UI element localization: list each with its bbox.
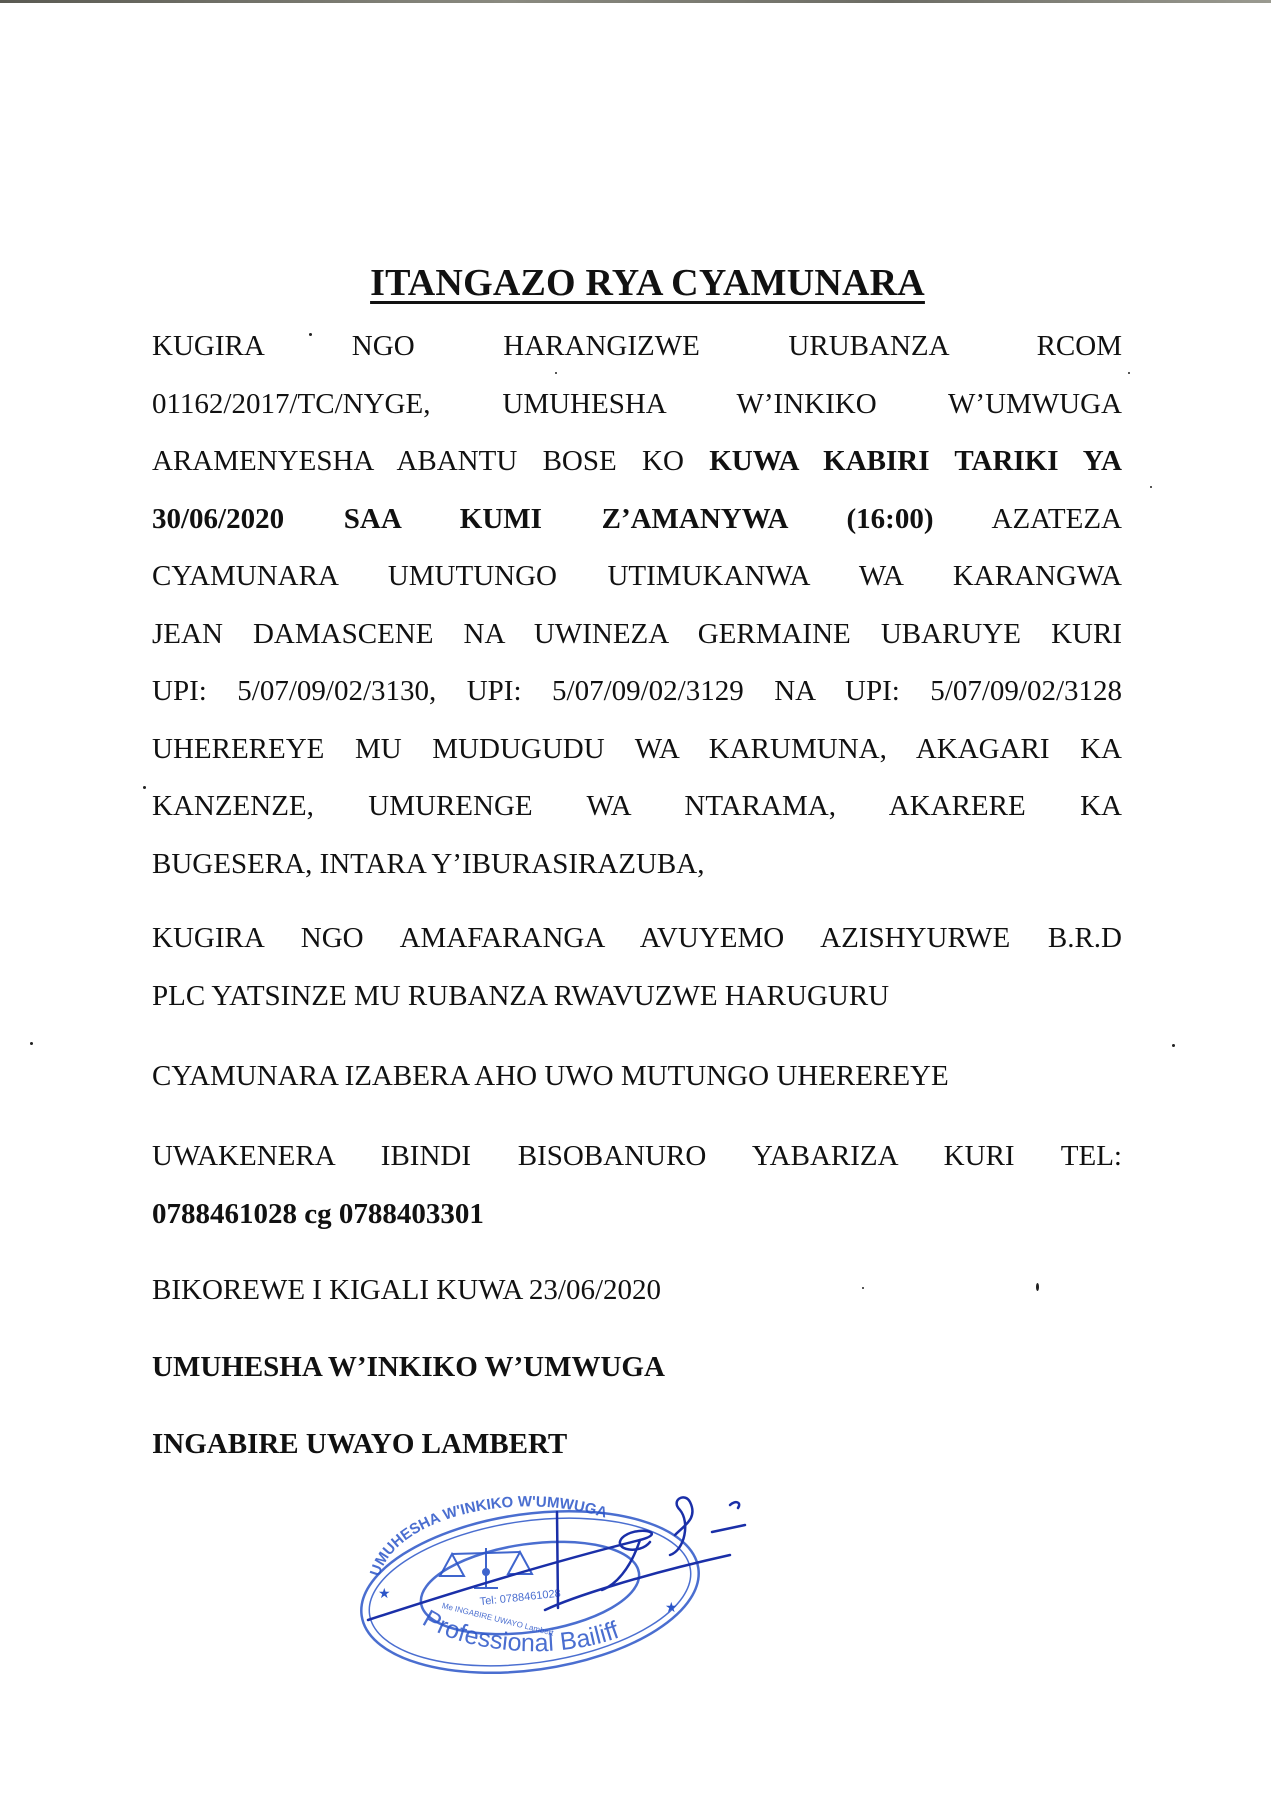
notice-line: BUGESERA, INTARA Y’IBURASIRAZUBA, [152, 836, 1122, 894]
signatory-name: INGABIRE UWAYO LAMBERT [152, 1416, 1122, 1474]
upi-line: UPI: 5/07/09/02/3130, UPI: 5/07/09/02/31… [152, 663, 1122, 721]
scan-speck [862, 1287, 864, 1289]
notice-line: PLC YATSINZE MU RUBANZA RWAVUZWE HARUGUR… [152, 968, 1122, 1026]
scan-speck [555, 372, 557, 374]
official-stamp-and-signature: UMUHESHA W'INKIKO W'UMWUGA Professional … [340, 1480, 780, 1680]
notice-line: JEAN DAMASCENE NA UWINEZA GERMAINE UBARU… [152, 606, 1122, 664]
signatory-title: UMUHESHA W’INKIKO W’UMWUGA [152, 1339, 1122, 1397]
notice-line: KANZENZE, UMURENGE WA NTARAMA, AKARERE K… [152, 778, 1122, 836]
notice-line: 01162/2017/TC/NYGE, UMUHESHA W’INKIKO W’… [152, 376, 1122, 434]
auction-date-bold: KUWA KABIRI TARIKI YA [709, 445, 1122, 477]
auction-time-bold: 30/06/2020 SAA KUMI Z’AMANYWA (16:00) [152, 503, 933, 535]
place-date: BIKOREWE I KIGALI KUWA 23/06/2020 [152, 1262, 1122, 1320]
signatory-role: UMUHESHA W’INKIKO W’UMWUGA [152, 1339, 1122, 1397]
notice-line: KUGIRA NGO AMAFARANGA AVUYEMO AZISHYURWE… [152, 910, 1122, 968]
scan-speck [30, 1042, 33, 1045]
signatory-full-name: INGABIRE UWAYO LAMBERT [152, 1416, 1122, 1474]
notice-line: UHEREREYE MU MUDUGUDU WA KARUMUNA, AKAGA… [152, 721, 1122, 779]
location-paragraph: CYAMUNARA IZABERA AHO UWO MUTUNGO UHERER… [152, 1048, 1122, 1106]
scan-speck [1128, 372, 1130, 374]
stamp-top-text: UMUHESHA W'INKIKO W'UMWUGA [367, 1493, 609, 1578]
stamp-bottom-text: Professional Bailiff [418, 1604, 622, 1657]
auction-notice-paragraph: KUGIRA NGO HARANGIZWE URUBANZA RCOM 0116… [152, 318, 1122, 893]
stamp-graphic: UMUHESHA W'INKIKO W'UMWUGA Professional … [340, 1480, 780, 1680]
contact-paragraph: UWAKENERA IBINDI BISOBANURO YABARIZA KUR… [152, 1128, 1122, 1243]
scan-speck [143, 786, 146, 789]
scan-edge [0, 0, 1271, 3]
payment-paragraph: KUGIRA NGO AMAFARANGA AVUYEMO AZISHYURWE… [152, 910, 1122, 1025]
star-icon: ★ [665, 1601, 678, 1616]
contact-phones: 0788461028 cg 0788403301 [152, 1186, 1122, 1244]
notice-line: UWAKENERA IBINDI BISOBANURO YABARIZA KUR… [152, 1128, 1122, 1186]
notice-line: CYAMUNARA UMUTUNGO UTIMUKANWA WA KARANGW… [152, 548, 1122, 606]
star-icon: ★ [378, 1587, 391, 1602]
scan-speck [1150, 486, 1152, 488]
scan-speck [1172, 1044, 1175, 1047]
notice-line: ARAMENYESHA ABANTU BOSE KO KUWA KABIRI T… [152, 433, 1122, 491]
notice-text: ARAMENYESHA ABANTU BOSE KO [152, 445, 709, 477]
scan-speck [1036, 1283, 1039, 1291]
stamp-tel: Tel: 0788461028 [479, 1588, 561, 1608]
notice-line: KUGIRA NGO HARANGIZWE URUBANZA RCOM [152, 318, 1122, 376]
page-title: ITANGAZO RYA CYAMUNARA [0, 261, 1271, 305]
notice-line: CYAMUNARA IZABERA AHO UWO MUTUNGO UHERER… [152, 1048, 1122, 1106]
place-date-line: BIKOREWE I KIGALI KUWA 23/06/2020 [152, 1262, 1122, 1320]
notice-text: AZATEZA [933, 503, 1122, 535]
scan-speck [309, 333, 312, 336]
notice-line: 30/06/2020 SAA KUMI Z’AMANYWA (16:00) AZ… [152, 491, 1122, 549]
